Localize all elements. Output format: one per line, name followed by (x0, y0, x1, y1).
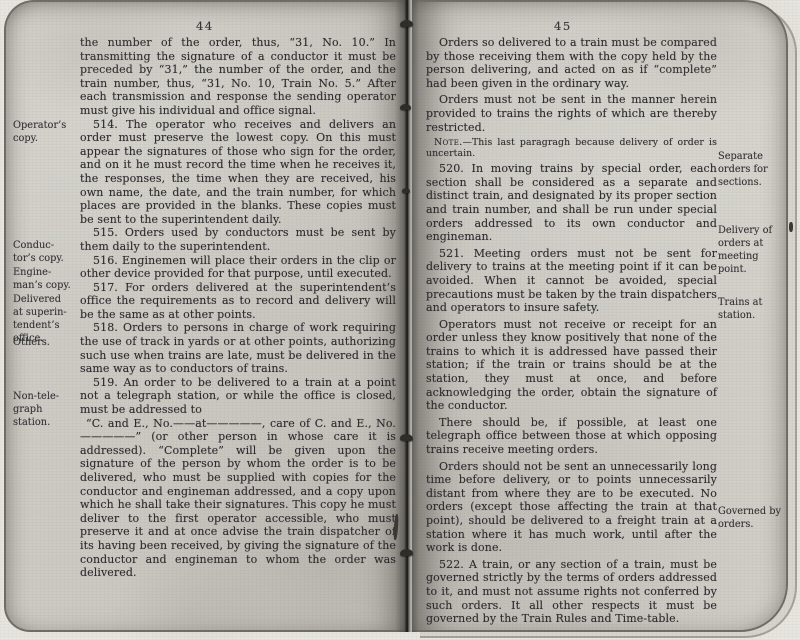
margin-note-trains-at-station: Trains at station. (718, 296, 792, 322)
binding-stitch (400, 104, 411, 110)
paragraph-rule-521: 521. Meeting orders must not be sent for… (426, 247, 717, 315)
footnote-text: —This last paragragh because delivery of… (426, 137, 717, 159)
margin-note-delivery-meeting-point: Delivery of orders at meeting point. (718, 224, 792, 276)
right-page-text: Orders so delivered to a train must be c… (426, 36, 717, 629)
paragraph-rule-518: 518. Orders to persons in charge of work… (80, 321, 396, 375)
paragraph-operators-receipt: Operators must not receive or receipt fo… (426, 318, 717, 413)
book-spread: 44 the number of the order, thus, “31, N… (0, 0, 800, 640)
paragraph-rule-517: 517. For orders delivered at the superin… (80, 281, 396, 322)
right-page: 45 Orders so delivered to a train must b… (412, 0, 788, 632)
paragraph-rule-520: 520. In moving trains by special order, … (426, 162, 717, 244)
left-page-number: 44 (196, 19, 214, 33)
margin-note-enginemans-copy: Engine- man’s copy. (13, 266, 77, 292)
margin-note-non-telegraph-station: Non-tele- graph station. (13, 390, 77, 429)
binding-stitch (400, 434, 413, 441)
footnote-label: Note. (434, 137, 463, 148)
paragraph-orders-timing: Orders should not be sent an unnecessari… (426, 460, 717, 555)
paragraph-orders-compared: Orders so delivered to a train must be c… (426, 36, 717, 90)
paragraph-rule-516: 516. Enginemen will place their orders i… (80, 254, 396, 281)
margin-note-governed-by-orders: Governed by orders. (718, 505, 792, 531)
paragraph-telegraph-office: There should be, if possible, at least o… (426, 416, 717, 457)
binding-stitch (402, 188, 410, 193)
margin-note-separate-orders-sections: Separate orders for sections. (718, 150, 792, 189)
margin-note-operators-copy: Operator’s copy. (13, 119, 77, 145)
right-page-number: 45 (554, 19, 572, 33)
paragraph-continuation: the number of the order, thus, “31, No. … (80, 36, 396, 118)
binding-stitch (400, 20, 413, 28)
paragraph-rule-515: 515. Orders used by conductors must be s… (80, 226, 396, 253)
paragraph-rule-514: 514. The operator who receives and deliv… (80, 118, 396, 227)
paragraph-rule-519: 519. An order to be delivered to a train… (80, 376, 396, 417)
binding-gutter (395, 0, 419, 632)
binding-stitch (400, 549, 413, 556)
paragraph-orders-restricted: Orders must not be sent in the manner he… (426, 93, 717, 134)
margin-note-others: Others. (13, 336, 77, 349)
margin-note-conductors-copy: Conduc- tor’s copy. (13, 239, 77, 265)
paragraph-address-form: “C. and E., No.——at—————, care of C. and… (80, 417, 396, 580)
paragraph-rule-522: 522. A train, or any section of a train,… (426, 558, 717, 626)
ink-speck (789, 222, 793, 232)
left-page-text: the number of the order, thus, “31, No. … (80, 36, 396, 580)
left-page: 44 the number of the order, thus, “31, N… (4, 0, 408, 632)
footnote: Note.—This last paragragh because delive… (426, 137, 717, 159)
